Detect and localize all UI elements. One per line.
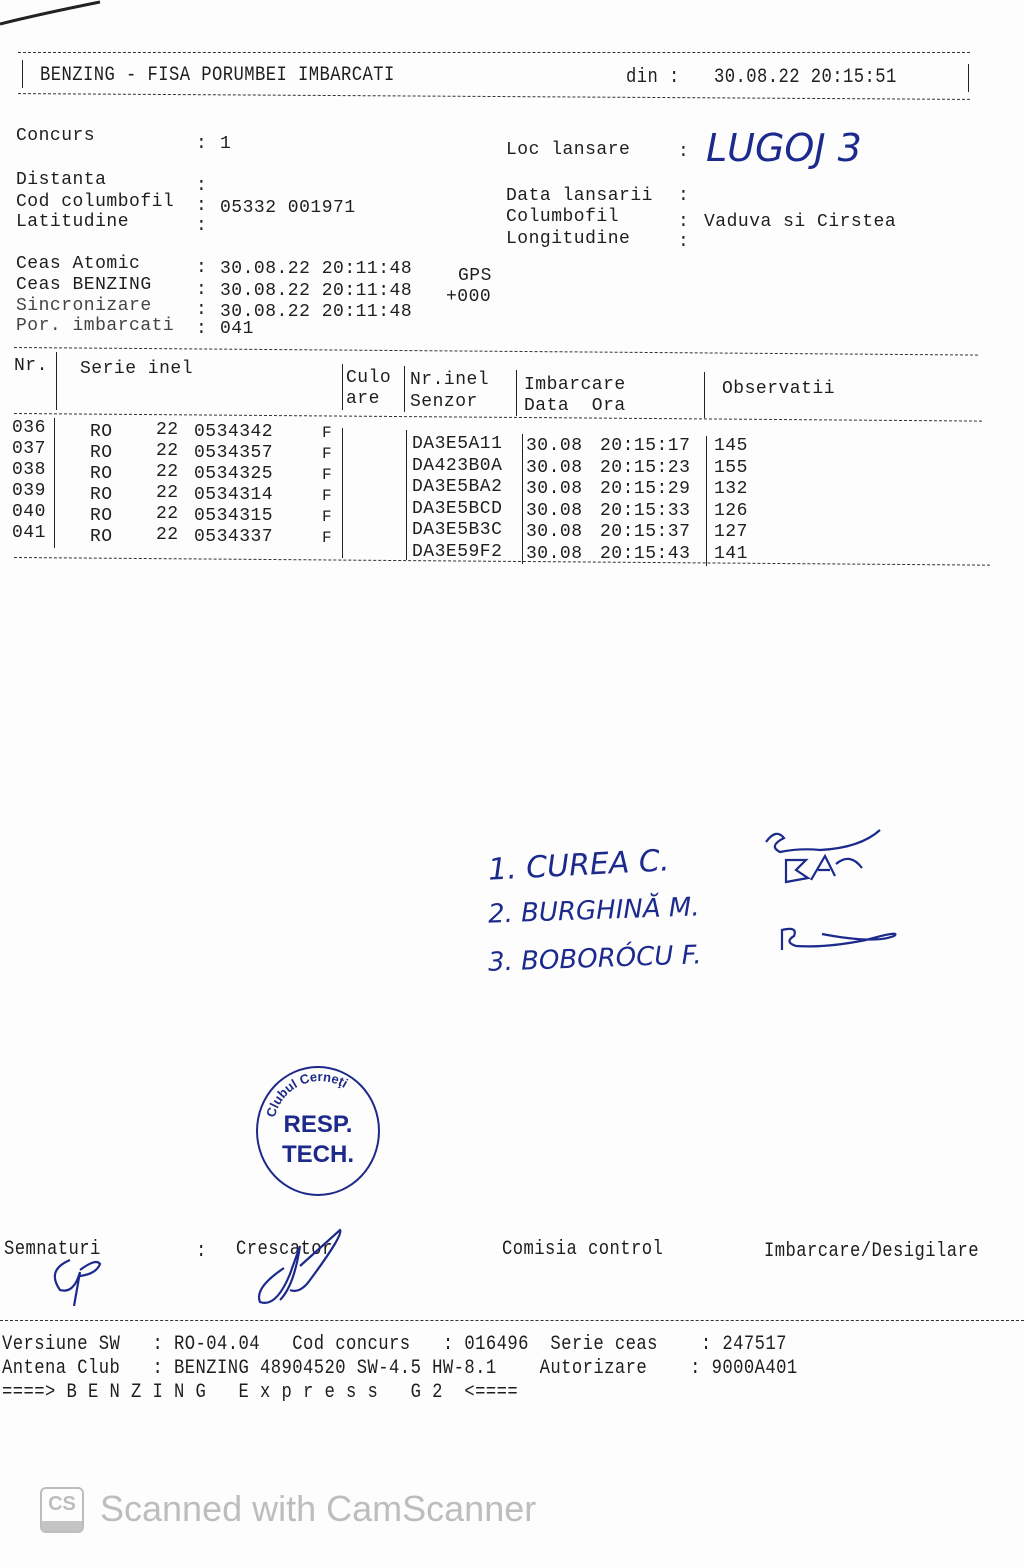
cod-columbofil-value: 05332 001971: [220, 198, 356, 218]
row-ring: 0534337: [194, 527, 273, 547]
row-data: 30.08: [526, 436, 583, 456]
row-nr: 041: [12, 523, 46, 543]
row-year: 22: [156, 504, 179, 524]
cod-columbofil-label: Cod columbofil: [16, 192, 174, 212]
row-sex: F: [322, 487, 332, 505]
ceas-benzing-extra: +000: [446, 287, 491, 307]
row-sex: F: [322, 529, 332, 547]
longitudine-label: Longitudine: [506, 229, 630, 249]
col-header-serie: Serie inel: [80, 359, 193, 379]
stamp-line-2: TECH.: [258, 1142, 378, 1168]
row-ora: 20:15:23: [600, 458, 690, 478]
row-sex: F: [322, 424, 332, 442]
row-obs: 126: [714, 501, 748, 521]
row-senzor: DA3E5A11: [412, 434, 502, 454]
row-data: 30.08: [526, 501, 583, 521]
concurs-label: Concurs: [16, 126, 95, 146]
row-ring: 0534325: [194, 464, 273, 484]
row-country: RO: [90, 464, 113, 484]
commission-member-3: 3. BOBORÓCU F.: [488, 940, 702, 977]
ceas-benzing-label: Ceas BENZING: [16, 275, 152, 295]
distanta-label: Distanta: [16, 170, 106, 190]
stamp-line-1: RESP.: [258, 1112, 378, 1138]
din-label: din :: [626, 66, 680, 89]
col-header-imbarcare: Imbarcare: [524, 375, 626, 395]
row-senzor: DA3E5BCD: [412, 499, 502, 519]
row-year: 22: [156, 420, 179, 440]
data-lansarii-label: Data lansarii: [506, 186, 653, 206]
ceas-benzing-value: 30.08.22 20:11:48: [220, 281, 412, 301]
footer-line-2: Antena Club : BENZING 48904520 SW-4.5 HW…: [2, 1357, 798, 1380]
row-country: RO: [90, 485, 113, 505]
col-header-nr: Nr.: [14, 356, 48, 376]
comisia-control-label: Comisia control: [502, 1238, 663, 1261]
row-data: 30.08: [526, 479, 583, 499]
loc-lansare-label: Loc lansare: [506, 140, 630, 160]
signature-crescator: [244, 1226, 354, 1310]
row-data: 30.08: [526, 522, 583, 542]
loc-lansare-handwritten: LUGOJ 3: [706, 126, 862, 170]
row-obs: 127: [714, 522, 748, 542]
columbofil-value: Vaduva si Cirstea: [704, 212, 896, 232]
concurs-value: 1: [220, 134, 231, 154]
row-ora: 20:15:29: [600, 479, 690, 499]
ceas-atomic-value: 30.08.22 20:11:48: [220, 259, 412, 279]
latitudine-label: Latitudine: [16, 212, 129, 232]
row-nr: 038: [12, 460, 46, 480]
footer-line-1: Versiune SW : RO-04.04 Cod concurs : 016…: [2, 1333, 787, 1356]
club-stamp: Clubul Cerneţi RESP. TECH.: [256, 1066, 380, 1196]
row-sex: F: [322, 508, 332, 526]
row-nr: 036: [12, 418, 46, 438]
footer-line-3: ====> B E N Z I N G E x p r e s s G 2 <=…: [2, 1381, 518, 1404]
col-header-culoare: Culo: [346, 368, 391, 388]
row-obs: 132: [714, 479, 748, 499]
row-senzor: DA3E5BA2: [412, 477, 502, 497]
row-year: 22: [156, 462, 179, 482]
row-country: RO: [90, 422, 113, 442]
row-ora: 20:15:37: [600, 522, 690, 542]
row-ring: 0534342: [194, 422, 273, 442]
row-ora: 20:15:17: [600, 436, 690, 456]
row-data: 30.08: [526, 458, 583, 478]
sincronizare-label: Sincronizare: [16, 296, 152, 316]
camscanner-watermark: Scanned with CamScanner: [100, 1488, 536, 1530]
row-sex: F: [322, 466, 332, 484]
row-ora: 20:15:33: [600, 501, 690, 521]
signature-1: [40, 1240, 120, 1306]
row-year: 22: [156, 483, 179, 503]
row-senzor: DA423B0A: [412, 456, 502, 476]
porumbei-imbarcati-value: 041: [220, 319, 254, 339]
porumbei-imbarcati-label: Por. imbarcati: [16, 316, 174, 336]
row-country: RO: [90, 443, 113, 463]
print-datetime: 30.08.22 20:15:51: [714, 66, 897, 89]
col-header-senzor: Nr.inel: [410, 370, 489, 390]
row-data: 30.08: [526, 544, 583, 564]
row-ring: 0534315: [194, 506, 273, 526]
row-senzor: DA3E5B3C: [412, 520, 502, 540]
ceas-atomic-extra: GPS: [458, 266, 492, 286]
row-obs: 155: [714, 458, 748, 478]
commission-member-1: 1. CUREA C.: [487, 843, 670, 887]
commission-signatures: [756, 820, 906, 970]
row-country: RO: [90, 527, 113, 547]
columbofil-label: Columbofil: [506, 207, 619, 227]
row-ring: 0534314: [194, 485, 273, 505]
row-year: 22: [156, 525, 179, 545]
ceas-atomic-label: Ceas Atomic: [16, 254, 140, 274]
row-nr: 037: [12, 439, 46, 459]
row-nr: 040: [12, 502, 46, 522]
row-senzor: DA3E59F2: [412, 542, 502, 562]
row-ora: 20:15:43: [600, 544, 690, 564]
row-obs: 145: [714, 436, 748, 456]
camscanner-logo-icon: CS: [40, 1487, 84, 1533]
commission-member-2: 2. BURGHINĂ M.: [488, 892, 700, 929]
row-obs: 141: [714, 544, 748, 564]
row-nr: 039: [12, 481, 46, 501]
document-title: BENZING - FISA PORUMBEI IMBARCATI: [40, 64, 395, 87]
pen-stroke-mark: [0, 0, 110, 30]
row-ring: 0534357: [194, 443, 273, 463]
row-sex: F: [322, 445, 332, 463]
row-country: RO: [90, 506, 113, 526]
imbarcare-desigilare-label: Imbarcare/Desigilare: [764, 1240, 979, 1263]
col-header-observatii: Observatii: [722, 379, 835, 399]
row-year: 22: [156, 441, 179, 461]
